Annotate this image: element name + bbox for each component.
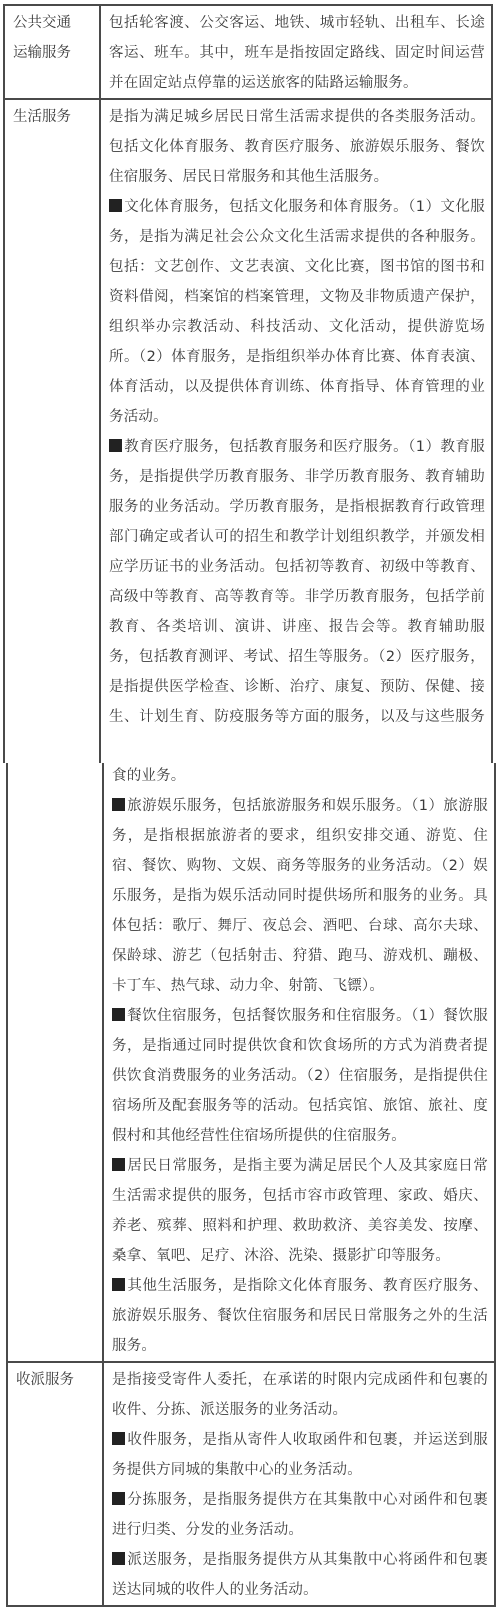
black-square-icon: [112, 1008, 125, 1021]
paragraph-text: 派送服务，是指服务提供方从其集散中心将函件和包裹送达同城的收件人的业务活动。: [112, 1552, 488, 1598]
table-row: 公共交通 运输服务 包括轮客渡、公交客运、地铁、城市轻轨、出租车、长途客运、班车…: [4, 5, 492, 99]
category-label-line: 生活服务: [13, 102, 99, 132]
paragraph-text: 餐饮住宿服务，包括餐饮服务和住宿服务。（1）餐饮服务，是指通过同时提供饮食和饮食…: [112, 1008, 488, 1144]
service-category-table-continued: 食的业务。 旅游娱乐服务，包括旅游服务和娱乐服务。（1）旅游服务，是指根据旅游者…: [6, 763, 496, 1607]
paragraph-text: 教育医疗服务，包括教育服务和医疗服务。（1）教育服务，是指提供学历教育服务、非学…: [109, 439, 485, 732]
description-paragraph: 分拣服务，是指服务提供方在其集散中心对函件和包裹进行归类、分发的业务活动。: [112, 1485, 488, 1545]
description-paragraph: 其他生活服务，是指除文化体育服务、教育医疗服务、旅游娱乐服务、餐饮住宿服务和居民…: [112, 1271, 488, 1361]
description-paragraph: 是指为满足城乡居民日常生活需求提供的各类服务活动。包括文化体育服务、教育医疗服务…: [109, 102, 485, 192]
description-paragraph: 教育医疗服务，包括教育服务和医疗服务。（1）教育服务，是指提供学历教育服务、非学…: [109, 432, 485, 732]
description-paragraph: 派送服务，是指服务提供方从其集散中心将函件和包裹送达同城的收件人的业务活动。: [112, 1545, 488, 1605]
description-cell: 是指为满足城乡居民日常生活需求提供的各类服务活动。包括文化体育服务、教育医疗服务…: [100, 99, 492, 763]
table-row: 收派服务 是指接受寄件人委托，在承诺的时限内完成函件和包裹的收件、分拣、派送服务…: [7, 1362, 495, 1606]
description-paragraph: 旅游娱乐服务，包括旅游服务和娱乐服务。（1）旅游服务，是指根据旅游者的要求，组织…: [112, 791, 488, 1001]
black-square-icon: [112, 1492, 125, 1505]
description-paragraph: 包括轮客渡、公交客运、地铁、城市轻轨、出租车、长途客运、班车。其中，班车是指按固…: [109, 8, 485, 98]
paragraph-text: 其他生活服务，是指除文化体育服务、教育医疗服务、旅游娱乐服务、餐饮住宿服务和居民…: [112, 1278, 488, 1354]
table-segment-bottom: 食的业务。 旅游娱乐服务，包括旅游服务和娱乐服务。（1）旅游服务，是指根据旅游者…: [0, 763, 499, 1620]
black-square-icon: [112, 1158, 125, 1171]
category-label-line: 运输服务: [13, 38, 99, 68]
description-paragraph: 收件服务，是指从寄件人收取函件和包裹，并运送到服务提供方同城的集散中心的业务活动…: [112, 1425, 488, 1485]
black-square-icon: [112, 1552, 125, 1565]
category-cell: 收派服务: [7, 1362, 103, 1606]
black-square-icon: [112, 1278, 125, 1291]
black-square-icon: [112, 1432, 125, 1445]
description-cell: 食的业务。 旅游娱乐服务，包括旅游服务和娱乐服务。（1）旅游服务，是指根据旅游者…: [103, 763, 495, 1362]
category-label-line: 公共交通: [13, 8, 99, 38]
table-row: 生活服务 是指为满足城乡居民日常生活需求提供的各类服务活动。包括文化体育服务、教…: [4, 99, 492, 763]
category-cell: 公共交通 运输服务: [4, 5, 100, 99]
description-paragraph: 居民日常服务，是指主要为满足居民个人及其家庭日常生活需求提供的服务，包括市容市政…: [112, 1151, 488, 1271]
description-paragraph: 餐饮住宿服务，包括餐饮服务和住宿服务。（1）餐饮服务，是指通过同时提供饮食和饮食…: [112, 1001, 488, 1151]
paragraph-text: 居民日常服务，是指主要为满足居民个人及其家庭日常生活需求提供的服务，包括市容市政…: [112, 1158, 488, 1264]
table-segment-top: 公共交通 运输服务 包括轮客渡、公交客运、地铁、城市轻轨、出租车、长途客运、班车…: [0, 0, 499, 763]
table-row: 食的业务。 旅游娱乐服务，包括旅游服务和娱乐服务。（1）旅游服务，是指根据旅游者…: [7, 763, 495, 1362]
category-cell: [7, 763, 103, 1362]
category-label-line: 收派服务: [16, 1365, 102, 1395]
black-square-icon: [112, 798, 125, 811]
category-cell: 生活服务: [4, 99, 100, 763]
service-category-table: 公共交通 运输服务 包括轮客渡、公交客运、地铁、城市轻轨、出租车、长途客运、班车…: [3, 4, 493, 763]
description-paragraph: 是指接受寄件人委托，在承诺的时限内完成函件和包裹的收件、分拣、派送服务的业务活动…: [112, 1365, 488, 1425]
black-square-icon: [109, 439, 122, 452]
paragraph-text: 文化体育服务，包括文化服务和体育服务。（1）文化服务，是指为满足社会公众文化生活…: [109, 199, 485, 425]
paragraph-text: 分拣服务，是指服务提供方在其集散中心对函件和包裹进行归类、分发的业务活动。: [112, 1492, 488, 1538]
description-cell: 包括轮客渡、公交客运、地铁、城市轻轨、出租车、长途客运、班车。其中，班车是指按固…: [100, 5, 492, 99]
description-paragraph: 文化体育服务，包括文化服务和体育服务。（1）文化服务，是指为满足社会公众文化生活…: [109, 192, 485, 432]
description-cell: 是指接受寄件人委托，在承诺的时限内完成函件和包裹的收件、分拣、派送服务的业务活动…: [103, 1362, 495, 1606]
paragraph-text: 旅游娱乐服务，包括旅游服务和娱乐服务。（1）旅游服务，是指根据旅游者的要求，组织…: [112, 798, 488, 994]
black-square-icon: [109, 199, 122, 212]
description-paragraph-continued: 食的业务。: [112, 763, 488, 791]
paragraph-text: 收件服务，是指从寄件人收取函件和包裹，并运送到服务提供方同城的集散中心的业务活动…: [112, 1432, 488, 1478]
